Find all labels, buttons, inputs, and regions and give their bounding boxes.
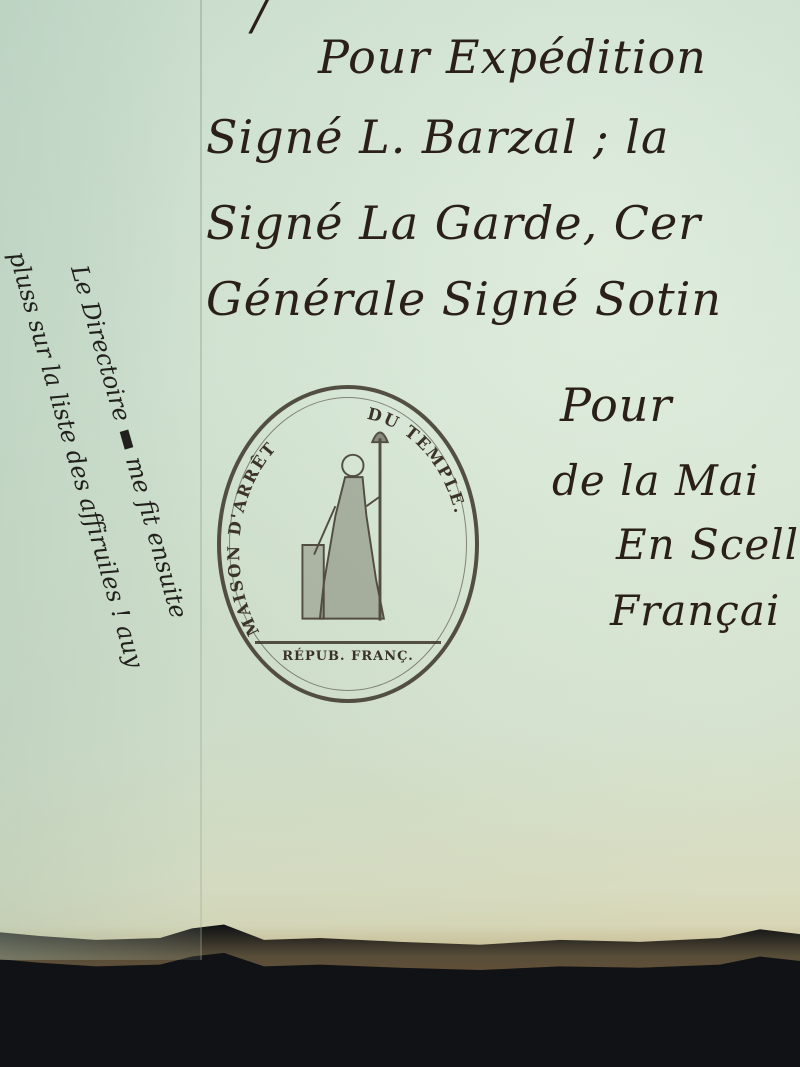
svg-text:MAISON D'ARRÊT: MAISON D'ARRÊT xyxy=(224,438,280,639)
handwritten-line-7: En Scell xyxy=(616,520,799,569)
handwritten-line-3: Signé La Garde, Cer xyxy=(206,196,701,250)
stroke-fragment: / xyxy=(252,0,269,40)
handwritten-line-2: Signé L. Barzal ; la xyxy=(206,110,669,164)
fold-crease xyxy=(200,0,202,960)
handwritten-line-8: Françai xyxy=(610,586,780,635)
prison-stamp: MAISON D'ARRÊT DU TEMPLE. RÉPUB. FRANÇ. xyxy=(217,385,479,703)
liberty-figure-icon xyxy=(302,433,387,621)
handwritten-line-1: Pour Expédition xyxy=(318,30,707,84)
stamp-base-text: RÉPUB. FRANÇ. xyxy=(255,641,441,672)
left-margin xyxy=(0,0,200,960)
stamp-text-left: MAISON D'ARRÊT xyxy=(224,438,280,639)
handwritten-line-4: Générale Signé Sotin xyxy=(206,272,722,326)
handwritten-line-5: Pour xyxy=(560,378,672,432)
handwritten-line-6: de la Mai xyxy=(552,456,759,505)
